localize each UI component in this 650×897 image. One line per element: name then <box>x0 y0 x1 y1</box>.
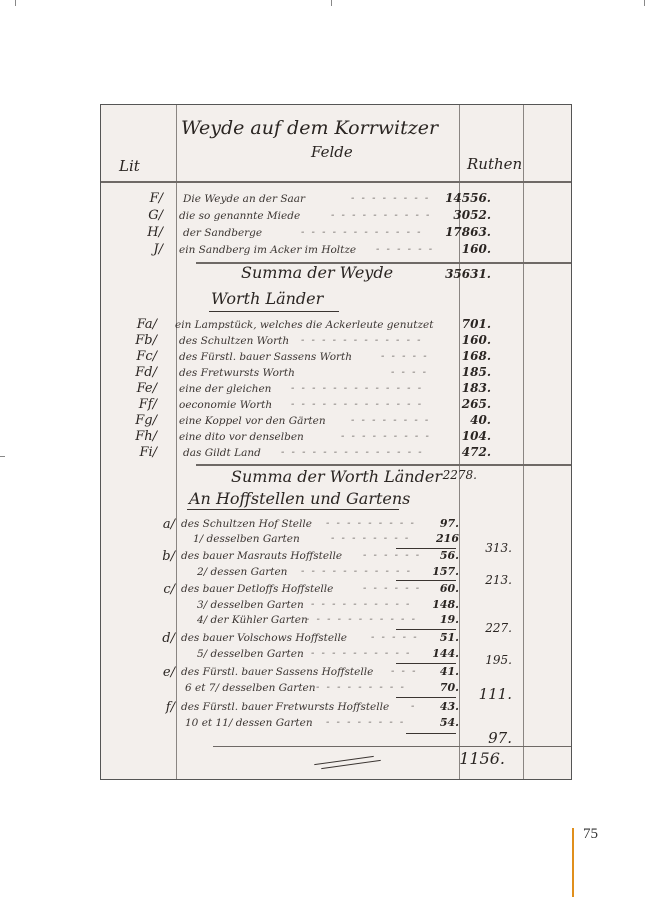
row-lit: Fa/ <box>117 317 157 332</box>
row-lit: Fi/ <box>117 445 157 460</box>
crop-mark <box>15 0 16 6</box>
column-header-ruthen: Ruthen <box>467 155 522 173</box>
row-lit: f/ <box>135 700 175 715</box>
row-desc: des bauer Masrauts Hoffstelle <box>181 550 342 562</box>
subtotal-rule <box>396 629 456 630</box>
row-total: 213. <box>456 573 512 587</box>
row-desc: des Schultzen Worth <box>179 335 289 347</box>
row-value: 3052. <box>435 208 491 222</box>
row-value: 104. <box>435 429 491 443</box>
row-value: 157. <box>419 565 459 578</box>
leader-dots: - - - - - - <box>376 244 434 255</box>
leader-dots: - - - - - - - - - - - <box>301 566 412 577</box>
row-desc: des Schultzen Hof Stelle <box>181 518 312 530</box>
row-desc: des Fretwursts Worth <box>179 367 295 379</box>
row-total: 313. <box>456 541 512 555</box>
leader-dots: - - - - - - - - <box>331 533 410 544</box>
row-lit: J/ <box>123 242 163 257</box>
row-value: 160. <box>435 242 491 256</box>
crop-mark <box>0 456 5 457</box>
row-value: 54. <box>419 716 459 729</box>
row-value: 144. <box>419 647 459 660</box>
last-subtotal: 97. <box>456 729 512 747</box>
ruling-value <box>523 105 524 779</box>
leader-dots: - - - - - - <box>363 550 421 561</box>
row-desc: der Sandberge <box>183 227 262 239</box>
row-lit: F/ <box>123 191 163 206</box>
crop-mark <box>644 0 645 6</box>
leader-dots: - - - - - - - - <box>351 193 430 204</box>
row-value: 41. <box>419 665 459 678</box>
row-desc: eine der gleichen <box>179 383 271 395</box>
row-value: 40. <box>435 413 491 427</box>
row-desc: des bauer Volschows Hoffstelle <box>181 632 347 644</box>
row-desc: 4/ der Kühler Garten <box>197 614 308 626</box>
row-desc: ein Lampstück, welches die Ackerleute ge… <box>175 319 433 331</box>
row-desc: Die Weyde an der Saar <box>183 193 305 205</box>
leader-dots: - - - - - - - - - - - - <box>301 335 423 346</box>
pasture-sum-label: Summa der Weyde <box>241 263 393 282</box>
row-value: 17863. <box>435 225 491 239</box>
row-desc: eine Koppel vor den Gärten <box>179 415 326 427</box>
subtotal-rule <box>396 697 456 698</box>
row-lit: Fb/ <box>117 333 157 348</box>
gardens-heading: An Hoffstellen und Gartens <box>189 489 410 508</box>
row-lit: G/ <box>123 208 163 223</box>
row-value: 148. <box>419 598 459 611</box>
row-desc: 2/ dessen Garten <box>197 566 287 578</box>
header-rule <box>101 181 571 183</box>
pasture-sum: 35631. <box>435 267 491 281</box>
gardens-sum: 1156. <box>449 749 505 768</box>
leader-dots: - - - - - - - - - - - - - <box>291 383 423 394</box>
row-lit: Fg/ <box>117 413 157 428</box>
leader-dots: - - - - - - - - - - <box>311 599 411 610</box>
worth-heading: Worth Länder <box>211 289 323 308</box>
row-desc: 6 et 7/ desselben Garten <box>185 682 316 694</box>
row-desc: 3/ desselben Garten <box>197 599 304 611</box>
leader-dots: - - - - - <box>381 351 429 362</box>
row-desc: des Fürstl. bauer Sassens Hoffstelle <box>181 666 373 678</box>
row-value: 160. <box>435 333 491 347</box>
leader-dots: - - - - - - - - - - <box>311 648 411 659</box>
subtotal-rule <box>396 663 456 664</box>
page-accent-rule <box>572 828 574 897</box>
row-lit: Ff/ <box>117 397 157 412</box>
sum-rule <box>196 464 571 466</box>
row-desc: das Gildt Land <box>183 447 261 459</box>
worth-sum: 2278. <box>421 468 477 482</box>
row-desc: ein Sandberg im Acker im Holtze <box>179 244 356 256</box>
row-lit: Fc/ <box>117 349 157 364</box>
document-title: Weyde auf dem Korrwitzer <box>181 117 438 139</box>
row-value: 43. <box>419 700 459 713</box>
leader-dots: - - - - - - - - <box>351 415 430 426</box>
leader-dots: - - - - - - - - - - - <box>306 614 417 625</box>
row-lit: Fh/ <box>117 429 157 444</box>
row-value: 51. <box>419 631 459 644</box>
row-desc: 1/ desselben Garten <box>193 533 300 545</box>
row-lit: Fe/ <box>117 381 157 396</box>
crop-mark <box>331 0 332 6</box>
manuscript-scan: Weyde auf dem Korrwitzer Felde Lit Ruthe… <box>100 104 572 780</box>
row-value: 70. <box>419 681 459 694</box>
row-value: 60. <box>419 582 459 595</box>
row-value: 183. <box>435 381 491 395</box>
row-total: 111. <box>456 685 512 703</box>
column-header-lit: Lit <box>119 157 140 175</box>
ruling-lit <box>176 105 177 779</box>
heading-underline <box>187 509 399 510</box>
subtotal-rule <box>406 733 456 734</box>
subtotal-rule <box>396 580 456 581</box>
leader-dots: - <box>411 701 416 712</box>
row-lit: d/ <box>135 631 175 646</box>
leader-dots: - - - - - - - - - - <box>331 210 431 221</box>
row-total: 227. <box>456 621 512 635</box>
leader-dots: - - - - - - - - - - - - <box>301 227 423 238</box>
leader-dots: - - - - - - - - - <box>341 431 431 442</box>
row-lit: H/ <box>123 225 163 240</box>
leader-dots: - - - - - - - - <box>326 717 405 728</box>
row-lit: e/ <box>135 665 175 680</box>
row-desc: oeconomie Worth <box>179 399 272 411</box>
leader-dots: - - - <box>391 666 418 677</box>
row-total: 195. <box>456 653 512 667</box>
row-desc: des Fürstl. bauer Fretwursts Hoffstelle <box>181 701 389 713</box>
row-desc: 10 et 11/ dessen Garten <box>185 717 313 729</box>
row-desc: eine dito vor denselben <box>179 431 304 443</box>
leader-dots: - - - - - - - - - <box>316 682 406 693</box>
leader-dots: - - - - - - - - - - - - - <box>291 399 423 410</box>
flourish-stroke <box>314 756 374 765</box>
document-subtitle: Felde <box>311 143 353 161</box>
heading-underline <box>209 311 339 312</box>
row-desc: die so genannte Miede <box>179 210 300 222</box>
row-value: 185. <box>435 365 491 379</box>
leader-dots: - - - - <box>391 367 428 378</box>
leader-dots: - - - - - - - - - <box>326 518 416 529</box>
grand-total-rule <box>213 746 571 747</box>
page-number: 75 <box>583 826 598 843</box>
leader-dots: - - - - - - <box>363 583 421 594</box>
row-lit: Fd/ <box>117 365 157 380</box>
row-value: 472. <box>435 445 491 459</box>
row-value: 265. <box>435 397 491 411</box>
leader-dots: - - - - - <box>371 632 419 643</box>
row-value: 97. <box>419 517 459 530</box>
row-lit: b/ <box>135 549 175 564</box>
row-desc: des bauer Detloffs Hoffstelle <box>181 583 333 595</box>
row-value: 19. <box>419 613 459 626</box>
row-desc: 5/ desselben Garten <box>197 648 304 660</box>
worth-sum-label: Summa der Worth Länder <box>231 467 442 486</box>
row-value: 216 <box>419 532 459 545</box>
leader-dots: - - - - - - - - - - - - - - <box>281 447 424 458</box>
row-value: 14556. <box>435 191 491 205</box>
row-lit: c/ <box>135 582 175 597</box>
row-value: 168. <box>435 349 491 363</box>
row-desc: des Fürstl. bauer Sassens Worth <box>179 351 352 363</box>
row-value: 56. <box>419 549 459 562</box>
row-value: 701. <box>435 317 491 331</box>
row-lit: a/ <box>135 517 175 532</box>
